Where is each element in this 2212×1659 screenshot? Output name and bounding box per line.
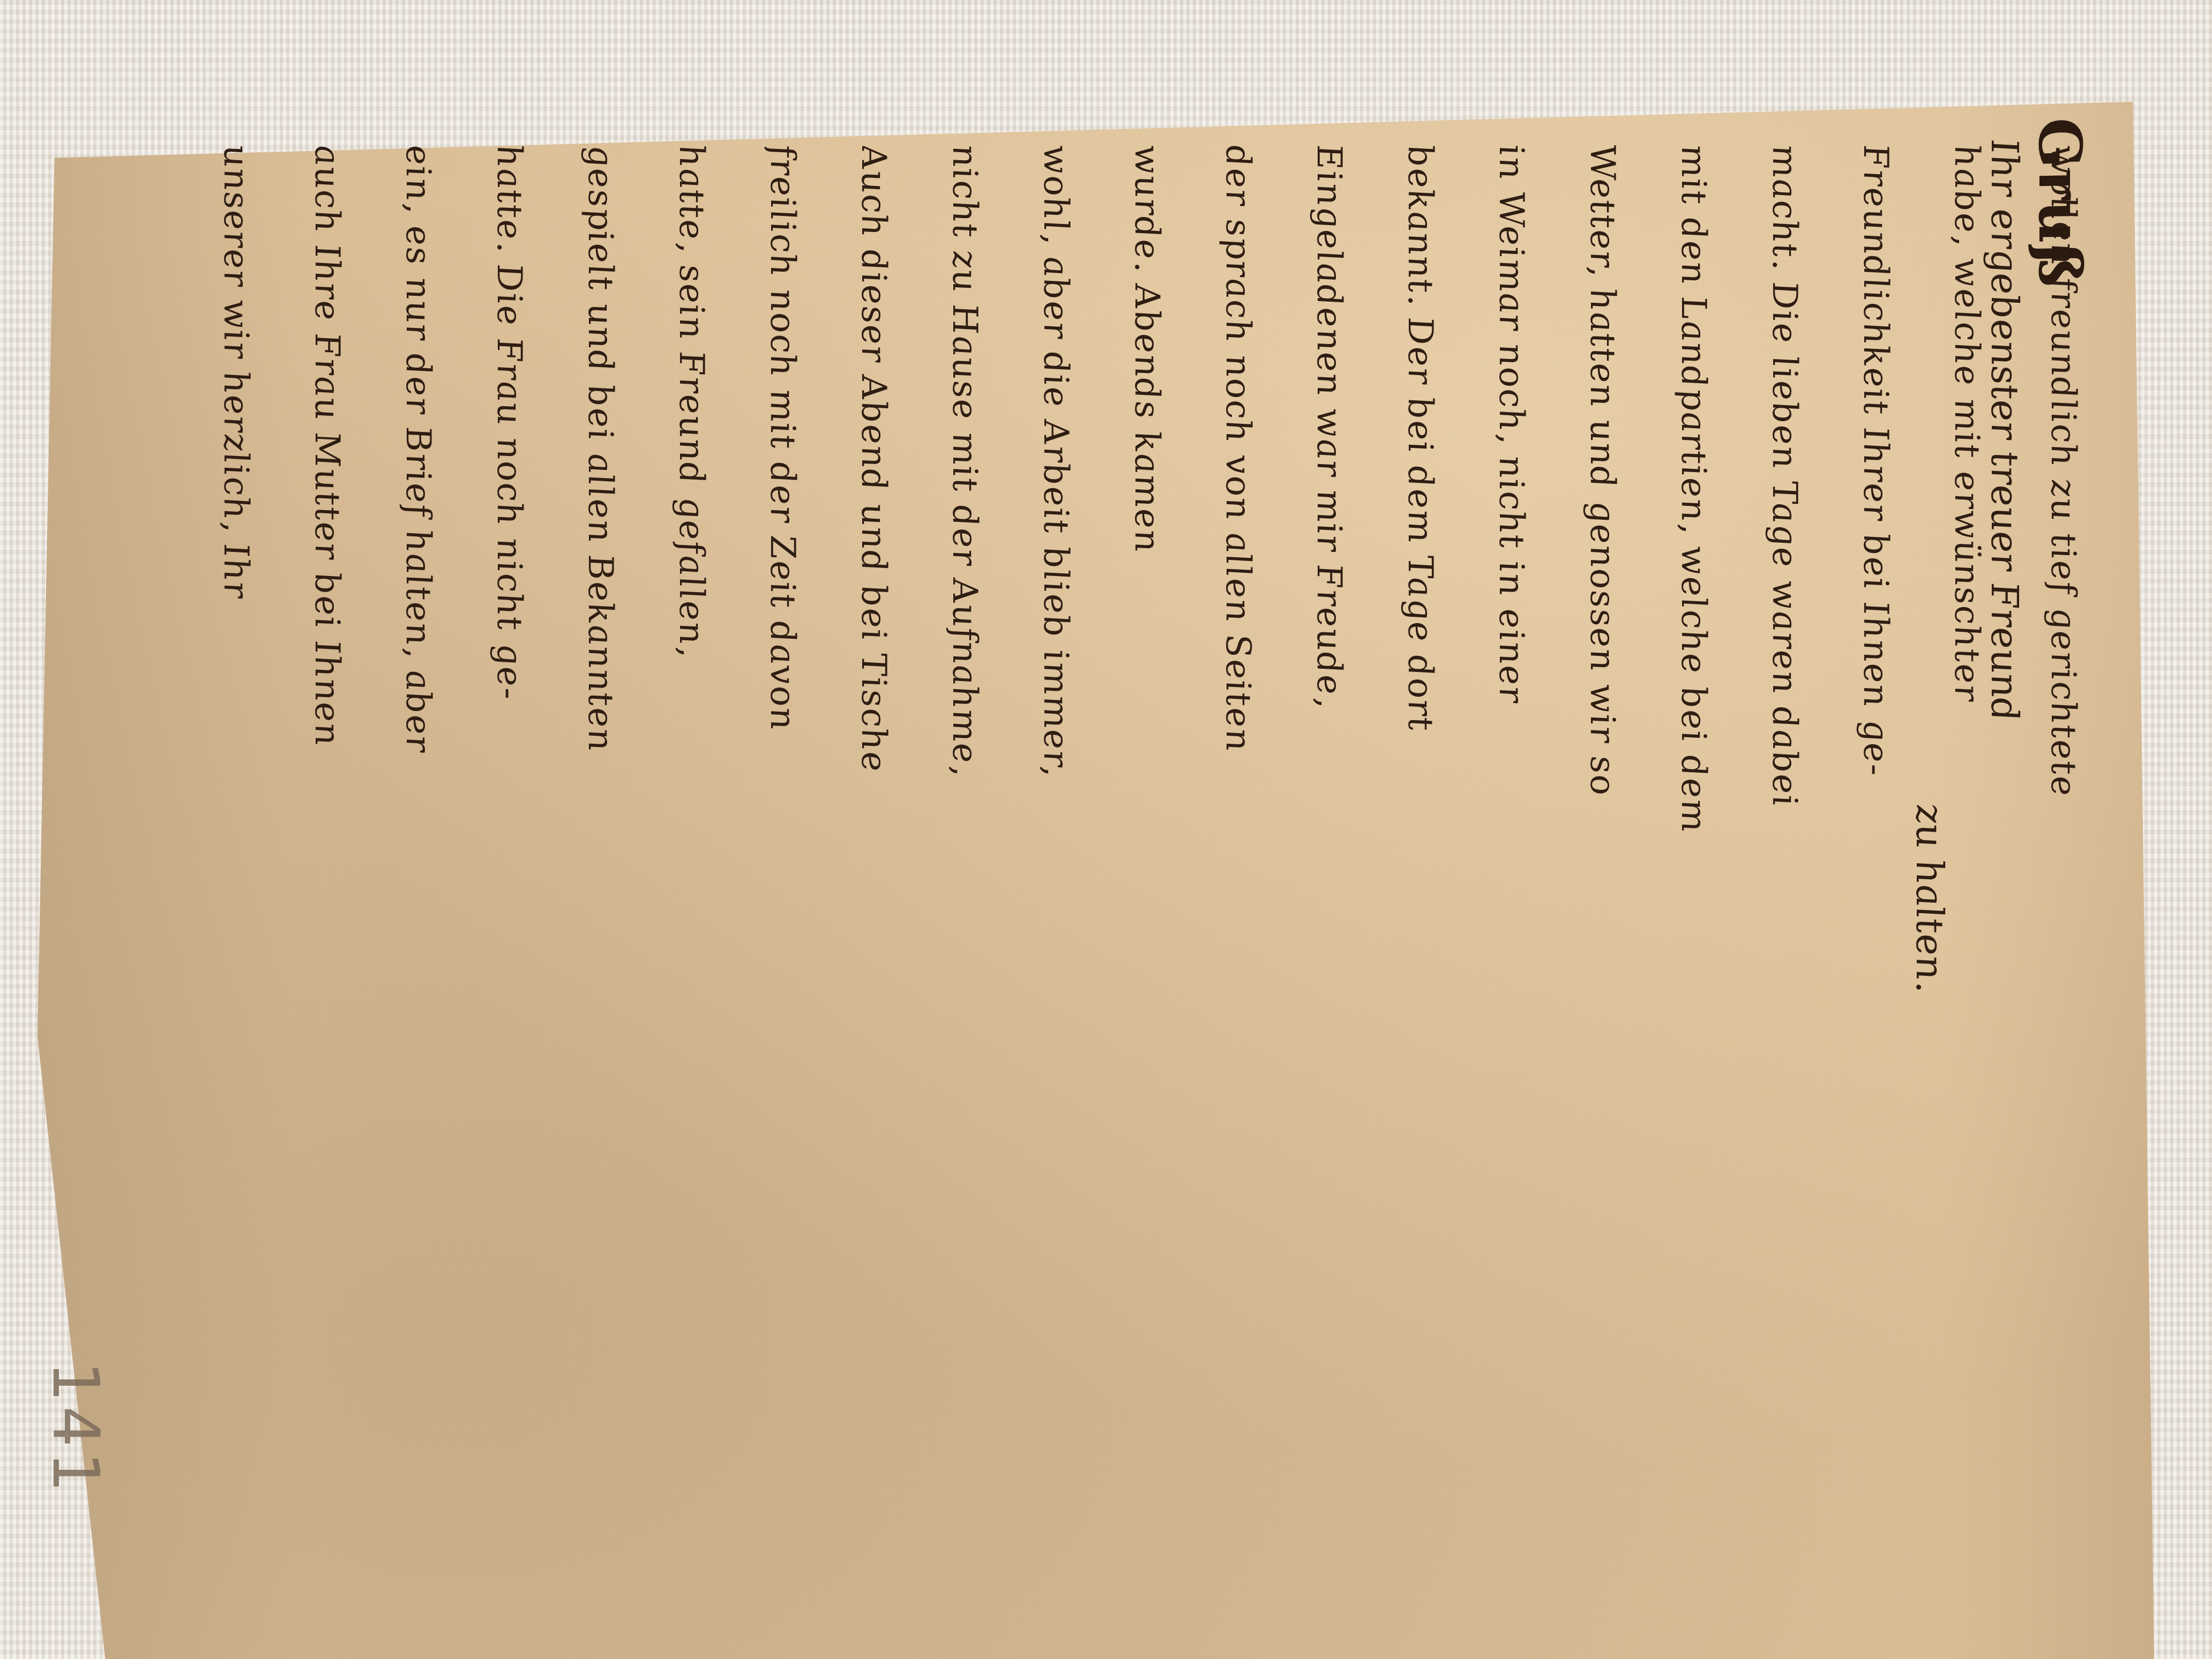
text-line: in Weimar noch, nicht in einer — [1490, 141, 1533, 951]
text-line: nicht zu Hause mit der Aufnahme, — [943, 141, 986, 951]
text-line: wurde. Abends kamen — [1125, 141, 1168, 951]
text-line: Freundlichkeit Ihrer bei Ihnen ge- — [1854, 141, 1897, 951]
text-line: Auch dieser Abend und bei Tische — [852, 141, 895, 951]
signature: Gruß — [2026, 110, 2095, 294]
text-line: bekannt. Der bei dem Tage dort — [1399, 141, 1441, 951]
text-line: habe, welche mit erwünschter — [1945, 141, 1988, 940]
text-line: hatte, sein Freund gefallen, — [670, 141, 713, 951]
text-line: hatte. Die Frau noch nicht ge- — [488, 141, 530, 951]
text-line: unserer wir herzlich, Ihr — [214, 141, 257, 951]
text-line: macht. Die lieben Tage waren dabei — [1763, 141, 1806, 951]
closing-line: Ihr ergebenster treuer Freund — [1983, 136, 2027, 724]
text-line: freilich noch mit der Zeit davon — [761, 141, 804, 951]
text-line: Wetter, hatten und genossen wir so — [1581, 141, 1624, 951]
text-line: Eingeladenen war mir Freude, — [1307, 141, 1350, 951]
handwritten-text-block: wollen freundlich zu tief gerichtete hab… — [177, 145, 2106, 1056]
folio-number: 141 — [38, 1361, 113, 1497]
text-line: der sprach noch von allen Seiten — [1216, 141, 1259, 951]
closing-line: zu halten. — [1908, 801, 1952, 995]
text-line: gespielt und bei allen Bekannten — [579, 141, 622, 951]
text-line: auch Ihre Frau Mutter bei Ihnen — [305, 141, 348, 951]
text-line: wohl, aber die Arbeit blieb immer, — [1034, 141, 1077, 951]
text-line: mit den Landpartien, welche bei dem — [1672, 141, 1715, 951]
text-line: ein, es nur der Brief halten, aber — [397, 141, 439, 951]
